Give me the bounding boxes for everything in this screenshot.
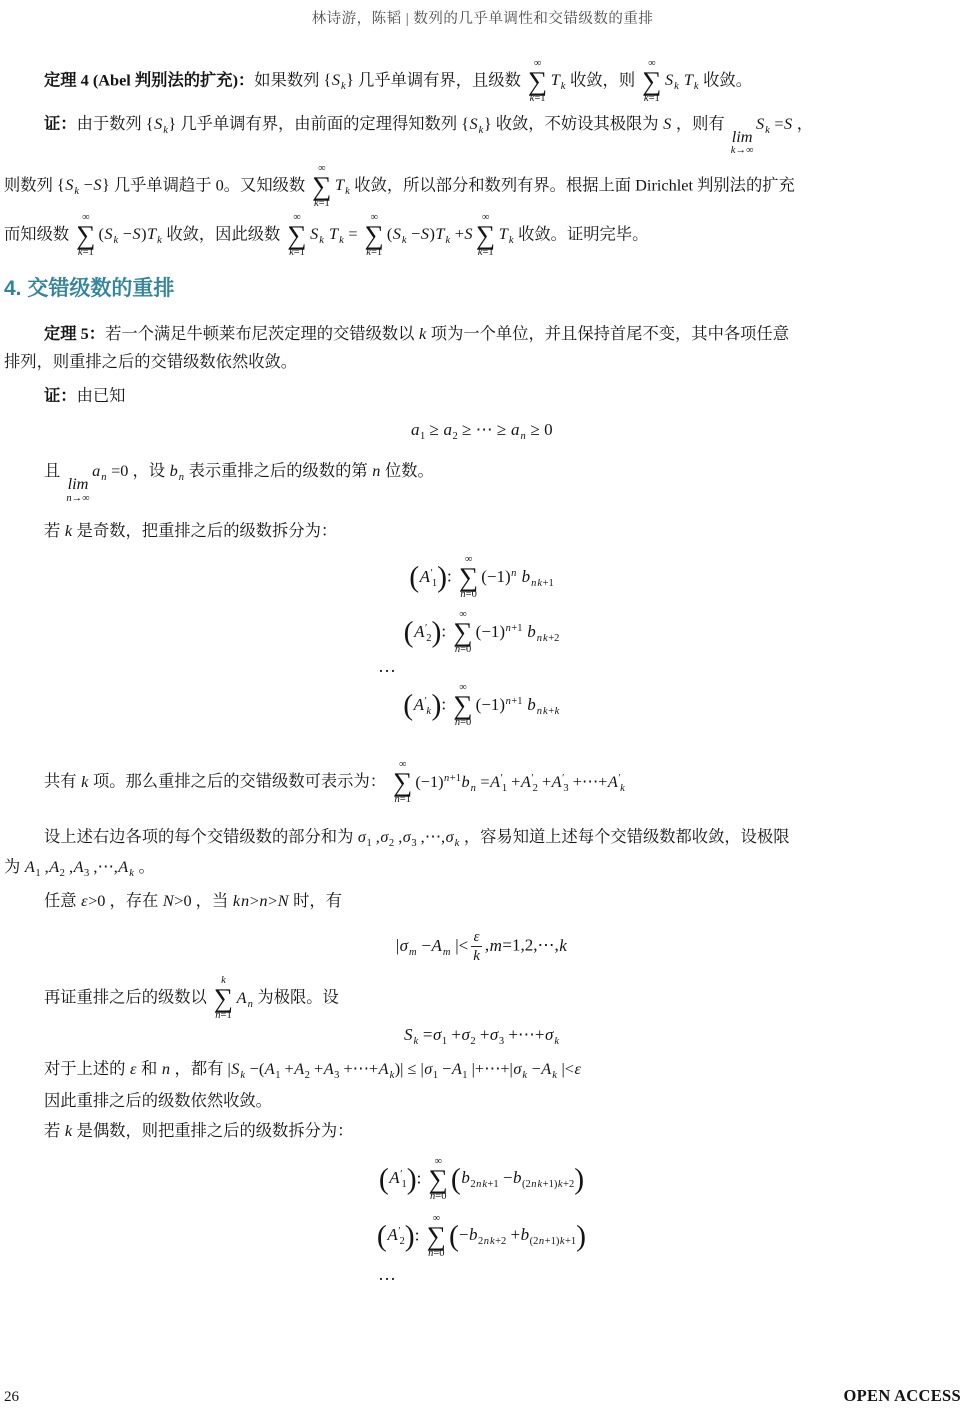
limit-operator: limn→∞	[66, 476, 89, 504]
text-line: 定理 4 (Abel 判别法的扩充)：如果数列 {Sk} 几乎单调有界，且级数 …	[4, 58, 959, 105]
math-inline: A′2	[387, 1225, 405, 1244]
math-inline: k	[64, 521, 72, 540]
bold-lead: 证：	[44, 114, 77, 133]
subscript: 1	[502, 783, 507, 794]
subscript: m	[442, 947, 451, 958]
subscript: 2	[305, 1070, 310, 1081]
big-paren-right: )	[432, 616, 442, 649]
math-inline: Sk Tk =	[310, 224, 358, 243]
display-formula: (A′1): ∞∑n=0(−1)n bnk+1	[4, 554, 959, 601]
math-inline: kn>n>N	[232, 891, 289, 910]
big-paren-left: (	[449, 1219, 459, 1252]
big-paren-right: )	[405, 1219, 415, 1252]
subscript: k	[401, 235, 407, 246]
ellipsis-line: …	[4, 658, 959, 674]
subscript: n	[178, 472, 184, 483]
subscript: k	[552, 1070, 558, 1081]
subscript: k	[129, 868, 135, 879]
subscript: k	[74, 186, 80, 197]
math-inline: k	[418, 324, 426, 343]
page-body: 定理 4 (Abel 判别法的扩充)：如果数列 {Sk} 几乎单调有界，且级数 …	[0, 58, 965, 1282]
subscript: 2	[533, 783, 538, 794]
display-formula: (A′2): ∞∑n=0(−1)n+1 bnk+2	[4, 609, 959, 656]
subscript: n	[470, 783, 476, 794]
math-inline: {Sk}	[324, 70, 354, 89]
text-line: 设上述右边各项的每个交错级数的部分和为 σ1 ,σ2 ,σ3 ,⋯,σk ，容易…	[4, 824, 959, 850]
summation-symbol: ∞∑k=1	[476, 212, 495, 259]
superscript: n+1	[505, 623, 522, 634]
math-inline: an =0	[92, 461, 129, 480]
math-inline: (−1)n+1bn =A′1 +A′2 +A′3 +⋯+A′k	[415, 772, 625, 791]
section-heading: 4. 交错级数的重排	[4, 275, 959, 303]
subscript: 2nk+1	[470, 1179, 498, 1190]
subscript: k	[240, 1070, 246, 1081]
math-inline: {Sk −S}	[57, 175, 110, 194]
summation-symbol: ∞∑n=0	[459, 554, 478, 601]
big-paren-left: (	[377, 1219, 387, 1252]
subscript: k	[445, 235, 451, 246]
subscript: k	[157, 235, 163, 246]
math-inline: A1 ,A2 ,A3 ,⋯,Ak	[24, 857, 134, 876]
subscript: k	[554, 1036, 560, 1047]
subscript: nk+k	[536, 706, 560, 717]
subscript: k	[478, 125, 484, 136]
text-line: 若 k 是奇数，把重排之后的级数拆分为：	[4, 518, 959, 544]
math-inline: S	[663, 114, 672, 133]
subscript: k	[522, 1070, 528, 1081]
subscript: k	[560, 81, 566, 92]
page-number: 26	[4, 1389, 19, 1406]
subscript: 1	[420, 431, 425, 442]
summation-symbol: k∑n=1	[214, 975, 233, 1022]
subscript: nk+2	[536, 633, 559, 644]
math-inline: Sk =σ1 +σ2 +σ3 +⋯+σk	[403, 1025, 559, 1044]
running-header: 林诗游，陈韬 | 数列的几乎单调性和交错级数的重排	[0, 0, 965, 28]
summation-symbol: ∞∑k=1	[528, 58, 547, 105]
math-inline: Tk	[498, 224, 514, 243]
math-inline: |Sk −(A1 +A2 +A3 +⋯+Ak)| ≤ |σ1 −A1 |+⋯+|…	[227, 1059, 581, 1078]
math-inline: ε	[129, 1059, 136, 1078]
math-inline: (−1)n bnk+1	[481, 567, 554, 586]
superscript: n	[511, 568, 517, 579]
text-line: 证：由于数列 {Sk} 几乎单调有界，由前面的定理得知数列 {Sk} 收敛，不妨…	[4, 111, 959, 157]
limit-operator: limk→∞	[731, 129, 754, 157]
page-footer: 26 OPEN ACCESS	[0, 1386, 965, 1406]
math-inline: n	[372, 461, 381, 480]
display-formula: (A′2): ∞∑n=0(−b2nk+2 +b(2n+1)k+1)	[4, 1213, 959, 1260]
subscript: 3	[563, 783, 568, 794]
big-paren-left: (	[451, 1162, 461, 1195]
math-inline: b2nk+1 −b(2nk+1)k+2	[461, 1168, 574, 1187]
math-inline: A′1	[389, 1168, 407, 1187]
text-line: 共有 k 项。那么重排之后的交错级数可表示为： ∞∑n=1(−1)n+1bn =…	[4, 759, 959, 806]
summation-symbol: ∞∑n=0	[429, 1156, 448, 1203]
math-inline: (Sk −S)Tk +S	[387, 224, 473, 243]
text-line: 则数列 {Sk −S} 几乎单调趋于 0。又知级数 ∞∑k=1Tk 收敛，所以部…	[4, 163, 959, 210]
math-inline: σ1 ,σ2 ,σ3 ,⋯,σk	[357, 827, 459, 846]
bold-lead: 定理 5：	[44, 324, 105, 343]
text-line: 而知级数 ∞∑k=1(Sk −S)Tk 收敛，因此级数 ∞∑k=1Sk Tk =…	[4, 212, 959, 259]
subscript: 1	[366, 838, 371, 849]
math-inline: A′1	[419, 567, 437, 586]
math-inline: :	[417, 1168, 426, 1187]
math-inline: :	[447, 567, 456, 586]
summation-symbol: ∞∑k=1	[76, 212, 95, 259]
subscript: 3	[334, 1070, 339, 1081]
display-formula: a1 ≥ a2 ≥ ⋯ ≥ an ≥ 0	[4, 419, 959, 440]
display-formula: |σm −Am |<εk,m=1,2,⋯,k	[4, 928, 959, 965]
subscript: n	[101, 472, 107, 483]
math-inline: Tk	[550, 70, 566, 89]
math-inline: {Sk}	[146, 114, 176, 133]
text-line: 排列，则重排之后的交错级数依然收敛。	[4, 349, 959, 375]
summation-symbol: ∞∑k=1	[365, 212, 384, 259]
text-line: 定理 5：若一个满足牛顿莱布尼茨定理的交错级数以 k 项为一个单位，并且保持首尾…	[4, 321, 959, 347]
display-formula: (A′k): ∞∑n=0(−1)n+1 bnk+k	[4, 682, 959, 729]
subscript: k	[319, 235, 325, 246]
subscript: k	[620, 783, 626, 794]
text-line: 为 A1 ,A2 ,A3 ,⋯,Ak 。	[4, 854, 959, 880]
subscript: 3	[499, 1036, 504, 1047]
subscript: k	[163, 125, 169, 136]
math-inline: −b2nk+2 +b(2n+1)k+1	[459, 1225, 576, 1244]
subscript: k	[508, 235, 514, 246]
subscript: (2n+1)k+1	[530, 1236, 577, 1247]
math-inline: k	[81, 772, 89, 791]
subscript: (2nk+1)k+2	[522, 1179, 574, 1190]
math-inline: |σm −Am |<	[396, 936, 468, 955]
subscript: m	[409, 947, 418, 958]
text-line: 证：由已知	[4, 383, 959, 409]
big-paren-right: )	[574, 1162, 584, 1195]
big-paren-right: )	[576, 1219, 586, 1252]
text-line: 若 k 是偶数，则把重排之后的级数拆分为：	[4, 1118, 959, 1144]
math-inline: ε>0	[81, 891, 106, 910]
big-paren-left: (	[379, 1162, 389, 1195]
subscript: nk+1	[531, 578, 554, 589]
subscript: 2	[470, 1036, 475, 1047]
subscript: 1	[433, 1070, 438, 1081]
big-paren-left: (	[404, 616, 414, 649]
summation-symbol: ∞∑n=0	[453, 609, 472, 656]
subscript: k	[389, 1070, 395, 1081]
subscript: k	[765, 125, 771, 136]
subscript: 2nk+2	[478, 1236, 506, 1247]
math-inline: k	[64, 1121, 72, 1140]
big-paren-right: )	[407, 1162, 417, 1195]
subscript: k	[413, 1036, 419, 1047]
big-paren-right: )	[432, 689, 442, 722]
subscript: 1	[442, 1036, 447, 1047]
big-paren-left: (	[403, 689, 413, 722]
open-access-label: OPEN ACCESS	[844, 1386, 961, 1406]
math-inline: (−1)n+1 bnk+k	[476, 695, 560, 714]
math-inline: :	[415, 1225, 424, 1244]
math-inline: :	[441, 622, 450, 641]
text-line: 任意 ε>0 ，存在 N>0 ，当 kn>n>N 时，有	[4, 888, 959, 914]
math-inline: a1 ≥ a2 ≥ ⋯ ≥ an ≥ 0	[410, 420, 552, 439]
summation-symbol: ∞∑k=1	[642, 58, 661, 105]
subscript: k	[345, 186, 351, 197]
math-inline: (Sk −S)Tk	[98, 224, 162, 243]
subscript: 2	[389, 838, 394, 849]
subscript: 2	[453, 431, 458, 442]
subscript: k	[339, 235, 345, 246]
math-inline: :	[441, 695, 450, 714]
subscript: n	[247, 999, 253, 1010]
subscript: k	[340, 81, 346, 92]
math-inline: (−1)n+1 bnk+2	[476, 622, 560, 641]
fraction: εk	[471, 928, 482, 965]
subscript: n	[520, 431, 526, 442]
text-line: 对于上述的 ε 和 n ，都有 |Sk −(A1 +A2 +A3 +⋯+Ak)|…	[4, 1056, 959, 1082]
subscript: k	[113, 235, 119, 246]
summation-symbol: ∞∑n=0	[427, 1213, 446, 1260]
display-formula: (A′1): ∞∑n=0(b2nk+1 −b(2nk+1)k+2)	[4, 1156, 959, 1203]
math-inline: An	[236, 988, 253, 1007]
big-paren-right: )	[437, 561, 447, 594]
math-inline: N>0	[162, 891, 191, 910]
ellipsis-line: …	[4, 1266, 959, 1282]
bold-lead: 定理 4 (Abel 判别法的扩充)：	[44, 70, 254, 89]
math-inline: Sk Tk	[664, 70, 699, 89]
subscript: 1	[275, 1070, 280, 1081]
summation-symbol: ∞∑n=1	[393, 759, 412, 806]
math-inline: A′k	[413, 695, 431, 714]
subscript: k	[693, 81, 699, 92]
text-line: 再证重排之后的级数以 k∑n=1An 为极限。设	[4, 975, 959, 1022]
math-inline: n	[161, 1059, 170, 1078]
subscript: 2	[60, 868, 65, 879]
math-inline: ,m=1,2,⋯,k	[485, 936, 567, 955]
subscript: k	[674, 81, 680, 92]
bold-lead: 证：	[44, 386, 77, 405]
math-inline: {Sk}	[461, 114, 491, 133]
superscript: n+1	[444, 773, 461, 784]
math-inline: Tk	[335, 175, 351, 194]
math-inline: A′2	[414, 622, 432, 641]
summation-symbol: ∞∑k=1	[312, 163, 331, 210]
subscript: k	[454, 838, 460, 849]
math-inline: Sk =S	[755, 114, 792, 133]
summation-symbol: ∞∑n=0	[453, 682, 472, 729]
text-line: 因此重排之后的级数依然收敛。	[4, 1088, 959, 1114]
math-inline: bn	[169, 461, 184, 480]
display-formula: Sk =σ1 +σ2 +σ3 +⋯+σk	[4, 1024, 959, 1045]
subscript: 1	[35, 868, 40, 879]
subscript: 3	[411, 838, 416, 849]
superscript: n+1	[505, 696, 522, 707]
summation-symbol: ∞∑k=1	[287, 212, 306, 259]
subscript: 1	[462, 1070, 467, 1081]
text-line: 且 limn→∞an =0 ，设 bn 表示重排之后的级数的第 n 位数。	[4, 458, 959, 504]
subscript: 3	[84, 868, 89, 879]
big-paren-left: (	[409, 561, 419, 594]
